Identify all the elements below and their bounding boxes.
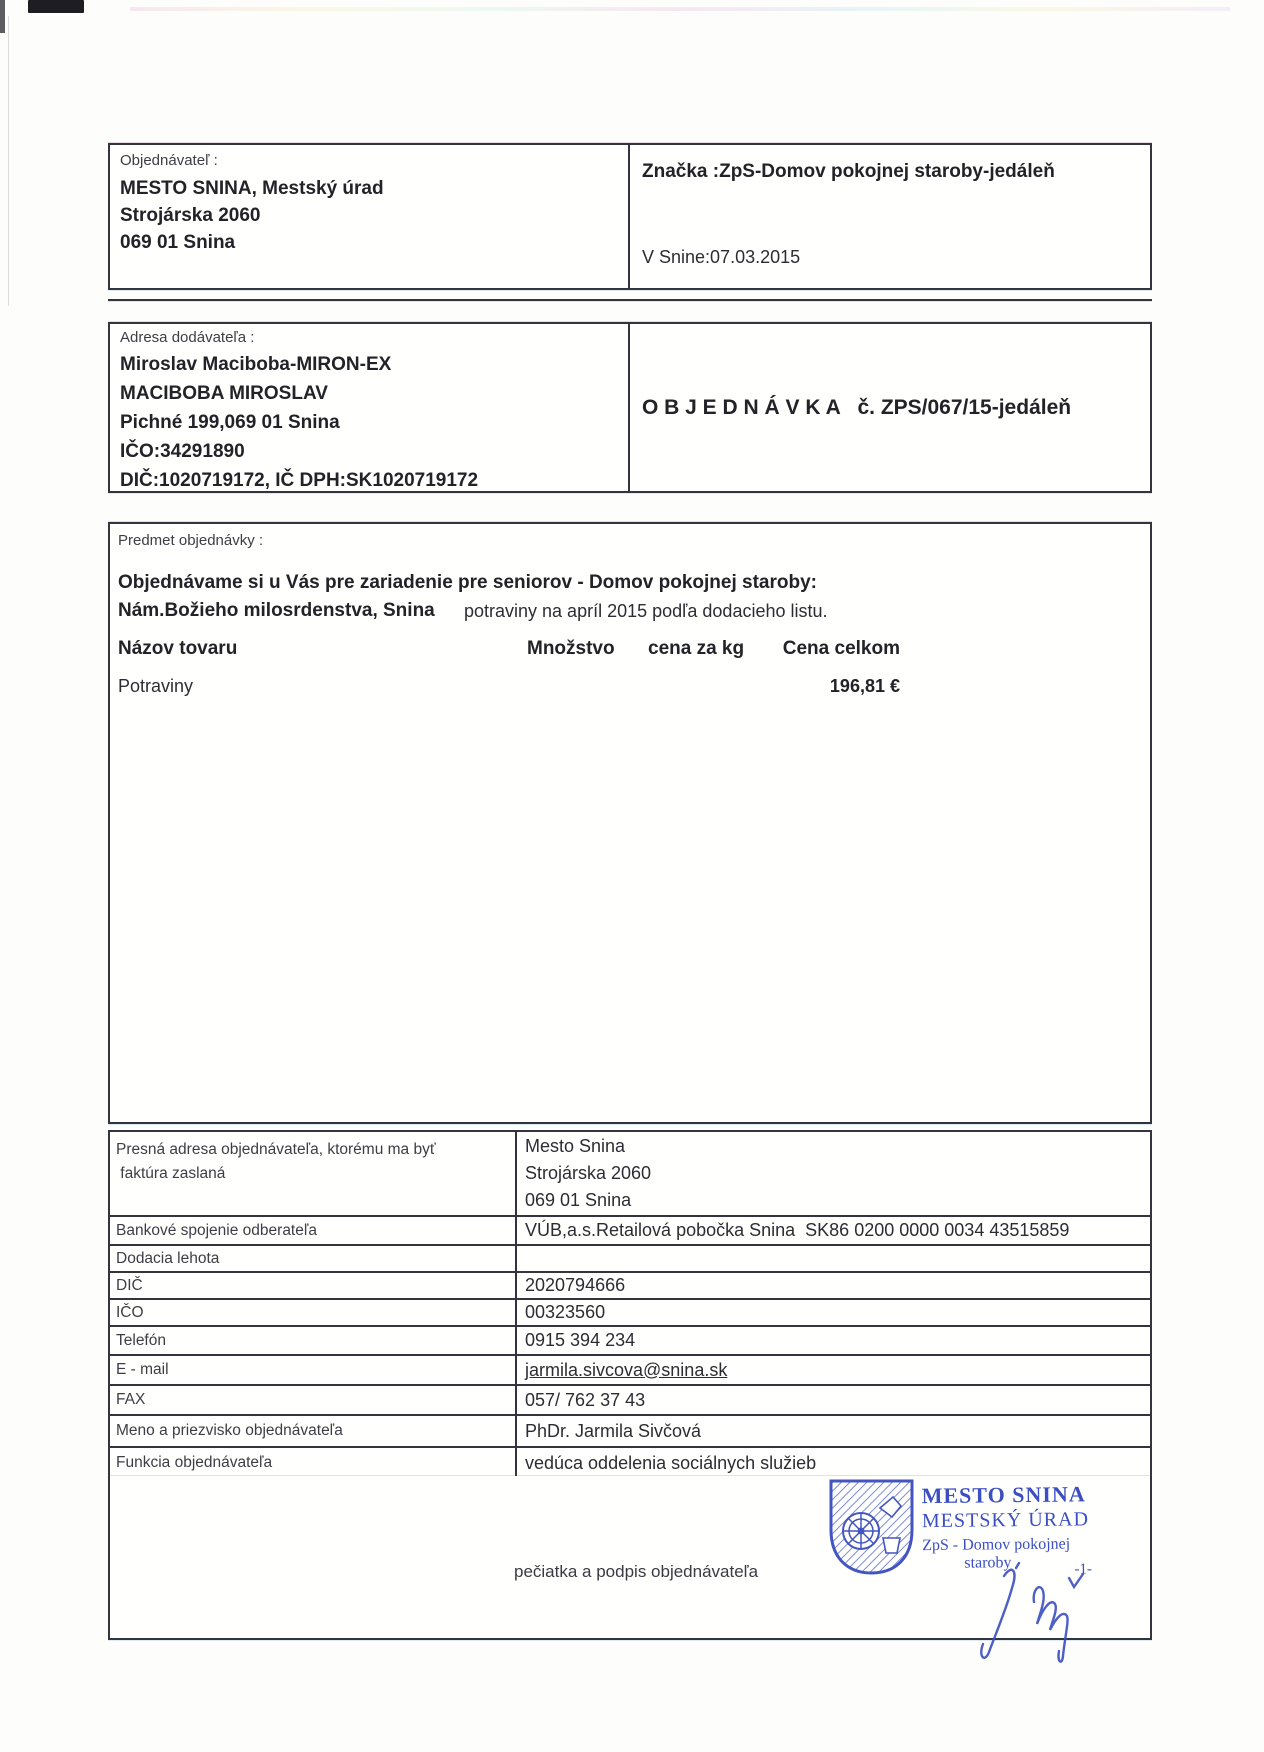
stamp-caption: pečiatka a podpis objednávateľa <box>514 1562 758 1582</box>
customer-box: Objednávateľ : MESTO SNINA, Mestský úrad… <box>108 143 1152 290</box>
supplier-name: Miroslav Maciboba-MIRON-EX <box>120 350 618 379</box>
handwritten-signature <box>972 1558 1092 1670</box>
customer-street: Strojárska 2060 <box>120 202 618 229</box>
item-name: Potraviny <box>118 676 193 697</box>
invoice-row: Telefón0915 394 234 <box>110 1327 1150 1356</box>
invoice-row-value: VÚB,a.s.Retailová pobočka Snina SK86 020… <box>517 1217 1150 1244</box>
scanned-order-document: Objednávateľ : MESTO SNINA, Mestský úrad… <box>0 0 1264 1752</box>
subject-intro-line1: Objednávame si u Vás pre zariadenie pre … <box>118 572 817 594</box>
supplier-street: Pichné 199,069 01 Snina <box>120 408 618 437</box>
invoice-row-value: 2020794666 <box>517 1273 1150 1298</box>
supplier-dic: DIČ:1020719172, IČ DPH:SK1020719172 <box>120 466 618 495</box>
invoice-row-label: DIČ <box>110 1273 517 1298</box>
customer-label: Objednávateľ : <box>120 152 618 169</box>
invoice-row-value: 0915 394 234 <box>517 1327 1150 1354</box>
item-total-price: 196,81 € <box>772 676 900 697</box>
invoice-row: Presná adresa objednávateľa, ktorému ma … <box>110 1132 1150 1217</box>
customer-name: MESTO SNINA, Mestský úrad <box>120 175 618 202</box>
invoice-row-value: vedúca oddelenia sociálnych služieb <box>517 1448 1150 1478</box>
supplier-label: Adresa dodávateľa : <box>120 329 618 346</box>
subject-intro-line2-bold: Nám.Božieho milosrdenstva, Snina <box>118 600 435 622</box>
scan-artifact-edge <box>8 16 9 306</box>
invoice-row-label: Telefón <box>110 1327 517 1354</box>
invoice-row-label: Meno a priezvisko objednávateľa <box>110 1416 517 1446</box>
subject-label: Predmet objednávky : <box>118 532 263 549</box>
customer-address-cell: Objednávateľ : MESTO SNINA, Mestský úrad… <box>110 145 630 288</box>
column-header-unit-price: cena za kg <box>648 638 744 660</box>
document-date: V Snine:07.03.2015 <box>642 247 1138 278</box>
reference-mark: Značka :ZpS-Domov pokojnej staroby-jedál… <box>642 161 1138 183</box>
scan-double-line <box>108 299 1152 301</box>
invoice-row-value: 057/ 762 37 43 <box>517 1386 1150 1414</box>
invoice-row: Bankové spojenie odberateľaVÚB,a.s.Retai… <box>110 1217 1150 1246</box>
supplier-address-cell: Adresa dodávateľa : Miroslav Maciboba-MI… <box>110 324 630 491</box>
invoice-row-label: E - mail <box>110 1356 517 1384</box>
supplier-ico: IČO:34291890 <box>120 437 618 466</box>
scan-artifact-line <box>130 7 1230 11</box>
order-number-title: O B J E D N Á V K A č. ZPS/067/15-jedále… <box>642 396 1138 420</box>
invoice-row: Meno a priezvisko objednávateľaPhDr. Jar… <box>110 1416 1150 1448</box>
stamp-line-city: MESTO SNINA <box>922 1481 1132 1509</box>
invoice-row-label: FAX <box>110 1386 517 1414</box>
invoice-row-value <box>517 1246 1150 1271</box>
scan-artifact-smudge <box>28 0 84 13</box>
invoice-row: DIČ2020794666 <box>110 1273 1150 1300</box>
subject-intro-line2-normal: potraviny na apríl 2015 podľa dodacieho … <box>464 601 828 622</box>
order-subject-box: Predmet objednávky : Objednávame si u Vá… <box>108 522 1152 1124</box>
invoice-row: E - mailjarmila.sivcova@snina.sk <box>110 1356 1150 1386</box>
column-header-quantity: Množstvo <box>527 638 615 660</box>
invoice-row-label: Bankové spojenie odberateľa <box>110 1217 517 1244</box>
city-stamp-shield-icon <box>828 1478 916 1576</box>
supplier-name2: MACIBOBA MIROSLAV <box>120 379 618 408</box>
supplier-box: Adresa dodávateľa : Miroslav Maciboba-MI… <box>108 322 1152 493</box>
invoice-row-value: jarmila.sivcova@snina.sk <box>517 1356 1150 1384</box>
invoice-table: Presná adresa objednávateľa, ktorému ma … <box>108 1130 1152 1480</box>
invoice-row-value: PhDr. Jarmila Sivčová <box>517 1416 1150 1446</box>
stamp-line-office: MESTSKÝ ÚRAD <box>922 1508 1132 1533</box>
invoice-row-label: Presná adresa objednávateľa, ktorému ma … <box>110 1132 517 1215</box>
reference-cell: Značka :ZpS-Domov pokojnej staroby-jedál… <box>630 145 1150 288</box>
invoice-row-label: IČO <box>110 1300 517 1325</box>
order-number-cell: O B J E D N Á V K A č. ZPS/067/15-jedále… <box>630 324 1150 491</box>
invoice-row-label: Funkcia objednávateľa <box>110 1448 517 1478</box>
invoice-row-value: 00323560 <box>517 1300 1150 1325</box>
scan-artifact-corner <box>0 0 5 33</box>
invoice-row: FAX057/ 762 37 43 <box>110 1386 1150 1416</box>
invoice-row-value: Mesto SninaStrojárska 2060069 01 Snina <box>517 1132 1150 1215</box>
column-header-name: Názov tovaru <box>118 638 237 660</box>
invoice-row: IČO00323560 <box>110 1300 1150 1327</box>
invoice-row-label: Dodacia lehota <box>110 1246 517 1271</box>
customer-city: 069 01 Snina <box>120 229 618 256</box>
column-header-total: Cena celkom <box>772 638 900 660</box>
invoice-row: Dodacia lehota <box>110 1246 1150 1273</box>
stamp-line-zps: ZpS - Domov pokojnej <box>922 1535 1132 1555</box>
